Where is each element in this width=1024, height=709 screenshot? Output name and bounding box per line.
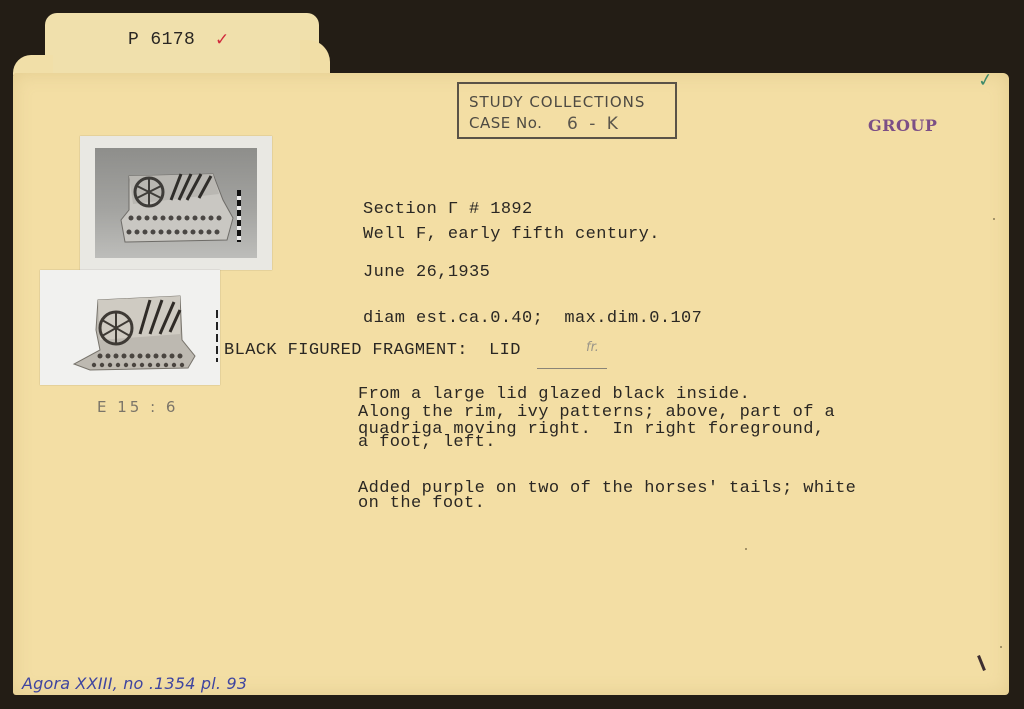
publication-reference: Agora XXIII, no .1354 pl. 93 <box>22 674 247 693</box>
description-line: a foot, left. <box>358 434 496 451</box>
catalog-number: P 6178 <box>128 31 195 49</box>
scale-bar <box>216 310 218 362</box>
description-line: Along the rim, ivy patterns; above, part… <box>358 404 835 421</box>
green-check-icon: ✓ <box>977 69 995 92</box>
study-collections-stamp: STUDY COLLECTIONS CASE No. 6 - K <box>457 82 677 139</box>
sherd-photo-front <box>80 136 272 270</box>
title-annotation: fr. <box>586 340 599 355</box>
find-context: Well F, early fifth century. <box>363 226 660 243</box>
scale-bar <box>237 190 241 242</box>
excavation-date: June 26,1935 <box>363 264 490 281</box>
card-tab-right-shoulder <box>300 40 330 75</box>
stamp-title: STUDY COLLECTIONS <box>469 93 645 111</box>
group-stamp: GROUP <box>868 116 937 135</box>
sherd-image <box>115 170 235 245</box>
card-tab-left-shoulder <box>13 55 53 75</box>
section-number: Section Γ # 1892 <box>363 201 533 218</box>
paper-speck <box>993 218 995 220</box>
stamp-case-value: 6 - K <box>567 114 621 134</box>
description-line: From a large lid glazed black inside. <box>358 386 750 403</box>
dimensions: diam est.ca.0.40; max.dim.0.107 <box>363 310 702 327</box>
paper-speck <box>745 548 747 550</box>
red-check-icon: ✓ <box>215 30 229 50</box>
object-title: BLACK FIGURED FRAGMENT: LID <box>224 342 521 359</box>
photo-reference: E 15 : 6 <box>97 398 178 416</box>
paper-speck <box>1000 646 1002 648</box>
title-underline <box>537 368 607 369</box>
sherd-image <box>70 290 200 375</box>
stamp-case-label: CASE No. <box>469 114 542 132</box>
added-color-line: on the foot. <box>358 495 485 512</box>
sherd-photo-cutout <box>40 270 220 385</box>
photo-background <box>95 148 257 258</box>
